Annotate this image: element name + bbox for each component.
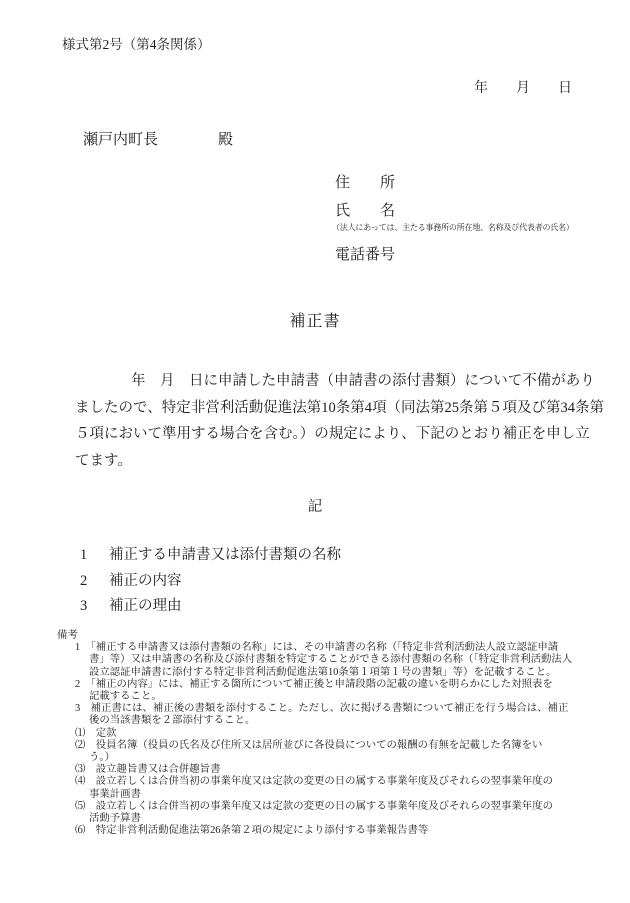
note-line: 活動予算書 xyxy=(57,813,602,825)
note-line: 書」等）又は申請書の名称及び添付書類を特定することができる添付書類の名称（「特定… xyxy=(57,654,602,666)
addressee-row: 瀬戸内町長 殿 xyxy=(83,128,233,149)
body-line: ５項において準用する場合を含む。）の規定により、下記のとおり補正を申し立 xyxy=(75,421,569,448)
item-number: 1 xyxy=(80,543,109,569)
note-line: 3 補正書には、補正後の書類を添付すること。ただし、次に掲げる書類について補正を… xyxy=(57,703,602,715)
document-page: 様式第2号（第4条関係） 年 月 日 瀬戸内町長 殿 住 所 氏 名 （法人にあ… xyxy=(0,0,630,903)
form-number: 様式第2号（第4条関係） xyxy=(62,33,211,53)
name-label: 氏 名 xyxy=(335,199,395,220)
note-line: ⑶ 設立趣旨書又は合併趣旨書 xyxy=(57,764,602,776)
body-line: 年 月 日に申請した申請書（申請書の添付書類）について不備があり xyxy=(75,368,569,395)
document-title: 補正書 xyxy=(0,308,630,331)
body-line: ましたので、特定非営利活動促進法第10条第4項（同法第25条第５項及び第34条第 xyxy=(75,395,569,422)
addressee-gap xyxy=(158,132,218,148)
date-line: 年 月 日 xyxy=(474,77,572,97)
item-text: 補正する申請書又は添付書類の名称 xyxy=(109,543,341,569)
note-line: 記載すること。 xyxy=(57,691,602,703)
ki-heading: 記 xyxy=(0,495,630,516)
note-line: ⑵ 役員名簿（役員の氏名及び住所又は居所並びに各役員についての報酬の有無を記載し… xyxy=(57,740,602,752)
note-line: 2 「補正の内容」には、補正する箇所について補正後と申請段階の記載の違いを明らか… xyxy=(57,679,602,691)
note-line: 設立認証申請書に添付する特定非営利活動促進法第10条第１項第１号の書類」等）を記… xyxy=(57,667,602,679)
note-line: 事業計画書 xyxy=(57,789,602,801)
list-item: 3 補正の理由 xyxy=(80,594,341,620)
notes-section: 備考 1 「補正する申請書又は添付書類の名称」には、その申請書の名称（「特定非営… xyxy=(57,630,602,837)
address-label: 住 所 xyxy=(335,171,395,192)
body-line: てます。 xyxy=(75,448,569,475)
note-line: ⑴ 定款 xyxy=(57,728,602,740)
corporate-note: （法人にあっては、主たる事務所の所在地、名称及び代表者の氏名） xyxy=(332,222,574,233)
body-paragraph: 年 月 日に申請した申請書（申請書の添付書類）について不備があり ましたので、特… xyxy=(75,368,569,474)
note-line: う。） xyxy=(57,752,602,764)
list-item: 1 補正する申請書又は添付書類の名称 xyxy=(80,543,341,569)
item-text: 補正の理由 xyxy=(109,594,182,620)
addressee-honorific: 殿 xyxy=(218,132,233,148)
item-number: 3 xyxy=(80,594,109,620)
notes-heading: 備考 xyxy=(57,630,602,642)
list-item: 2 補正の内容 xyxy=(80,569,341,595)
note-line: ⑸ 設立若しくは合併当初の事業年度又は定款の変更の日の属する事業年度及びそれらの… xyxy=(57,801,602,813)
note-line: 後の当該書類を２部添付すること。 xyxy=(57,715,602,727)
items-list: 1 補正する申請書又は添付書類の名称 2 補正の内容 3 補正の理由 xyxy=(80,543,341,620)
note-line: 1 「補正する申請書又は添付書類の名称」には、その申請書の名称（「特定非営利活動… xyxy=(57,642,602,654)
note-line: ⑹ 特定非営利活動促進法第26条第２項の規定により添付する事業報告書等 xyxy=(57,825,602,837)
note-line: ⑷ 設立若しくは合併当初の事業年度又は定款の変更の日の属する事業年度及びそれらの… xyxy=(57,776,602,788)
item-number: 2 xyxy=(80,569,109,595)
phone-label: 電話番号 xyxy=(335,243,395,264)
addressee-name: 瀬戸内町長 xyxy=(83,132,158,148)
item-text: 補正の内容 xyxy=(109,569,182,595)
